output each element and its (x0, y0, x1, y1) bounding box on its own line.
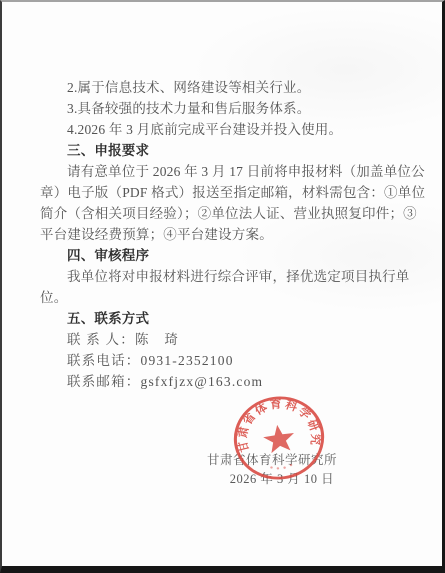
doc-line: 章）电子版（PDF 格式）报送至指定邮箱，材料需包含：①单位 (40, 182, 412, 203)
doc-line: 五、联系方式 (40, 308, 412, 329)
seal-serial-dots (270, 463, 293, 470)
doc-line: 3.具备较强的技术力量和售后服务体系。 (40, 98, 412, 119)
doc-line: 联 系 人：陈 琦 (40, 329, 412, 350)
doc-line: 平台建设经费预算；④平台建设方案。 (40, 224, 412, 245)
doc-line: 请有意单位于 2026 年 3 月 17 日前将申报材料（加盖单位公 (40, 161, 412, 182)
doc-line: 4.2026 年 3 月底前完成平台建设并投入使用。 (40, 119, 412, 140)
doc-line: 联系电话：0931-2352100 (40, 350, 412, 371)
doc-line: 三、申报要求 (40, 140, 412, 161)
star-icon (262, 423, 297, 454)
doc-line: 简介（含相关项目经验）；②单位法人证、营业执照复印件；③ (40, 203, 412, 224)
doc-line: 位。 (40, 287, 412, 308)
scanned-document-page: 2.属于信息技术、网络建设等相关行业。3.具备较强的技术力量和售后服务体系。4.… (0, 0, 445, 573)
document-body: 2.属于信息技术、网络建设等相关行业。3.具备较强的技术力量和售后服务体系。4.… (40, 77, 412, 392)
doc-line: 四、审核程序 (40, 245, 412, 266)
doc-line: 2.属于信息技术、网络建设等相关行业。 (40, 77, 412, 98)
official-seal-stamp: 甘肃省体育科学研究所 (225, 388, 332, 489)
doc-line: 联系邮箱：gsfxfjzx@163.com (40, 371, 412, 392)
doc-line: 我单位将对申报材料进行综合评审，择优选定项目执行单 (40, 266, 412, 287)
